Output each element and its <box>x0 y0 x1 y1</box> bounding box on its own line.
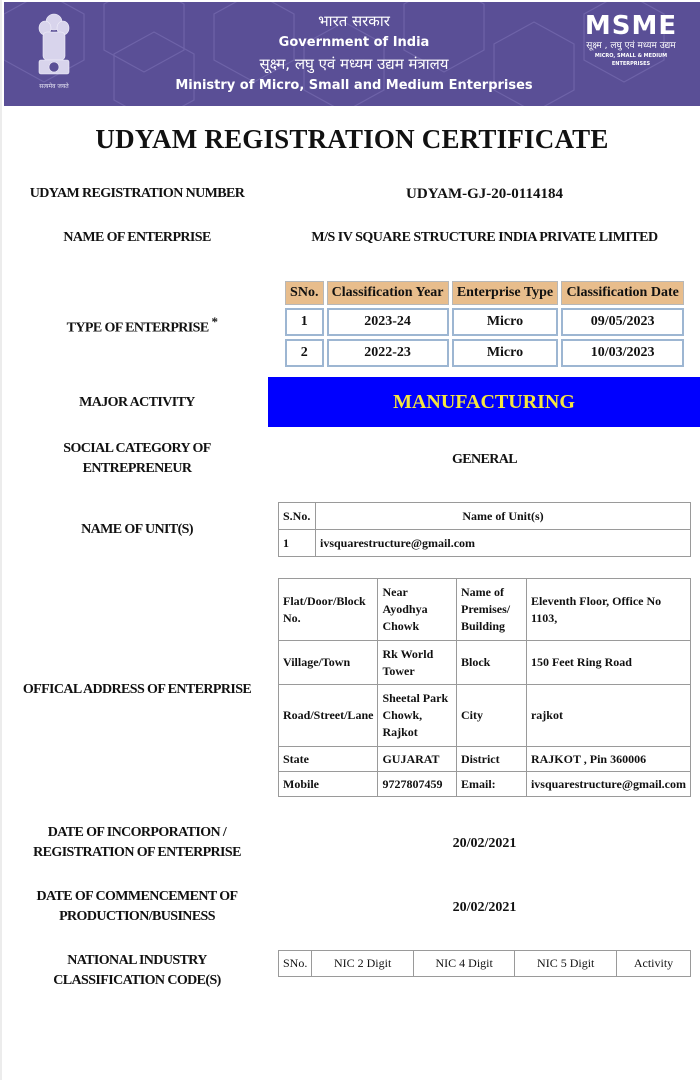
address-key: Road/Street/Lane <box>279 685 378 747</box>
government-banner: सत्यमेव जयते भारत सरकार Government of In… <box>4 2 700 106</box>
major-activity-label: MAJOR ACTIVITY <box>22 393 252 413</box>
address-table: Flat/Door/Block No. Near Ayodhya Chowk N… <box>278 578 691 797</box>
hindi-ministry-text: सूक्ष्म, लघु एवं मध्यम उद्यम मंत्रालय <box>154 53 554 75</box>
address-value: RAJKOT , Pin 360006 <box>526 747 690 772</box>
classification-table: SNo. Classification Year Enterprise Type… <box>282 278 687 370</box>
header-enterprise-type: Enterprise Type <box>452 281 559 305</box>
incorporation-label-line2: REGISTRATION OF ENTERPRISE <box>17 843 257 863</box>
address-value: GUJARAT <box>378 747 457 772</box>
table-row: 1 ivsquarestructure@gmail.com <box>279 530 691 557</box>
commencement-label-line1: DATE OF COMMENCEMENT OF <box>17 887 257 907</box>
header-classification-year: Classification Year <box>327 281 449 305</box>
cell-year: 2023-24 <box>327 308 449 336</box>
nic-label-line2: CLASSIFICATION CODE(S) <box>17 971 257 991</box>
address-value: rajkot <box>526 685 690 747</box>
msme-logo-hindi: सूक्ष्म , लघु एवं मध्यम उद्यम <box>576 40 686 52</box>
address-value: Rk World Tower <box>378 641 457 685</box>
address-key: City <box>456 685 526 747</box>
official-address-label: OFFICAL ADDRESS OF ENTERPRISE <box>12 680 262 700</box>
enterprise-name-label: NAME OF ENTERPRISE <box>22 228 252 248</box>
address-value: Eleventh Floor, Office No 1103, <box>526 579 690 641</box>
cell-sno: 1 <box>279 530 316 557</box>
table-row: Village/Town Rk World Tower Block 150 Fe… <box>279 641 691 685</box>
address-key: Name of Premises/ Building <box>456 579 526 641</box>
certificate-title: UDYAM REGISTRATION CERTIFICATE <box>2 124 700 155</box>
table-row: 1 2023-24 Micro 09/05/2023 <box>285 308 684 336</box>
certificate-page: सत्यमेव जयते भारत सरकार Government of In… <box>0 0 700 1080</box>
cell-type: Micro <box>452 339 559 367</box>
registration-number-value: UDYAM-GJ-20-0114184 <box>302 184 667 204</box>
hindi-government-text: भारत सरकार <box>154 10 554 32</box>
header-nic-5-digit: NIC 5 Digit <box>515 951 617 977</box>
header-classification-date: Classification Date <box>561 281 684 305</box>
cell-date: 10/03/2023 <box>561 339 684 367</box>
commencement-label-line2: PRODUCTION/BUSINESS <box>17 907 257 927</box>
enterprise-type-label: TYPE OF ENTERPRISE * <box>22 312 262 339</box>
enterprise-type-label-text: TYPE OF ENTERPRISE <box>67 321 209 336</box>
header-activity: Activity <box>616 951 690 977</box>
header-nic-2-digit: NIC 2 Digit <box>312 951 414 977</box>
table-row: State GUJARAT District RAJKOT , Pin 3600… <box>279 747 691 772</box>
units-table: S.No. Name of Unit(s) 1 ivsquarestructur… <box>278 502 691 557</box>
header-sno: SNo. <box>279 951 312 977</box>
cell-sno: 2 <box>285 339 324 367</box>
cell-sno: 1 <box>285 308 324 336</box>
svg-text:सत्यमेव जयते: सत्यमेव जयते <box>39 82 69 90</box>
header-unit-name: Name of Unit(s) <box>316 503 691 530</box>
table-row: Road/Street/Lane Sheetal Park Chowk, Raj… <box>279 685 691 747</box>
table-row: Flat/Door/Block No. Near Ayodhya Chowk N… <box>279 579 691 641</box>
address-value: Sheetal Park Chowk, Rajkot <box>378 685 457 747</box>
header-sno: SNo. <box>285 281 324 305</box>
address-key: Mobile <box>279 772 378 797</box>
msme-logo-mark: MSME <box>576 12 686 40</box>
address-key: Flat/Door/Block No. <box>279 579 378 641</box>
classification-header-row: SNo. Classification Year Enterprise Type… <box>285 281 684 305</box>
asterisk-mark: * <box>211 314 217 329</box>
enterprise-name-value: M/S IV SQUARE STRUCTURE INDIA PRIVATE LI… <box>282 228 687 248</box>
cell-date: 09/05/2023 <box>561 308 684 336</box>
commencement-date-label: DATE OF COMMENCEMENT OF PRODUCTION/BUSIN… <box>17 887 257 927</box>
nic-header-row: SNo. NIC 2 Digit NIC 4 Digit NIC 5 Digit… <box>279 951 691 977</box>
commencement-date-value: 20/02/2021 <box>302 898 667 918</box>
address-key: Email: <box>456 772 526 797</box>
registration-number-label: UDYAM REGISTRATION NUMBER <box>22 184 252 204</box>
table-row: 2 2022-23 Micro 10/03/2023 <box>285 339 684 367</box>
incorporation-date-label: DATE OF INCORPORATION / REGISTRATION OF … <box>17 823 257 863</box>
major-activity-value: MANUFACTURING <box>268 377 700 427</box>
national-emblem-icon: सत्यमेव जयते <box>34 12 74 94</box>
address-value: 150 Feet Ring Road <box>526 641 690 685</box>
nic-label-line1: NATIONAL INDUSTRY <box>17 951 257 971</box>
banner-text: भारत सरकार Government of India सूक्ष्म, … <box>154 10 554 97</box>
address-key: Block <box>456 641 526 685</box>
social-category-label-line2: ENTREPRENEUR <box>22 459 252 479</box>
incorporation-label-line1: DATE OF INCORPORATION / <box>17 823 257 843</box>
unit-names-label: NAME OF UNIT(S) <box>22 520 252 540</box>
cell-type: Micro <box>452 308 559 336</box>
social-category-label: SOCIAL CATEGORY OF ENTREPRENEUR <box>22 439 252 479</box>
social-category-label-line1: SOCIAL CATEGORY OF <box>22 439 252 459</box>
address-key: District <box>456 747 526 772</box>
address-key: Village/Town <box>279 641 378 685</box>
address-value: ivsquarestructure@gmail.com <box>526 772 690 797</box>
government-text: Government of India <box>154 32 554 53</box>
units-header-row: S.No. Name of Unit(s) <box>279 503 691 530</box>
ministry-text: Ministry of Micro, Small and Medium Ente… <box>154 75 554 97</box>
msme-logo-english: MICRO, SMALL & MEDIUM ENTERPRISES <box>576 52 686 68</box>
address-value: Near Ayodhya Chowk <box>378 579 457 641</box>
cell-unit-name: ivsquarestructure@gmail.com <box>316 530 691 557</box>
header-sno: S.No. <box>279 503 316 530</box>
address-value: 9727807459 <box>378 772 457 797</box>
msme-logo: MSME सूक्ष्म , लघु एवं मध्यम उद्यम MICRO… <box>576 12 686 68</box>
header-nic-4-digit: NIC 4 Digit <box>413 951 515 977</box>
social-category-value: GENERAL <box>302 450 667 470</box>
nic-table: SNo. NIC 2 Digit NIC 4 Digit NIC 5 Digit… <box>278 950 691 977</box>
cell-year: 2022-23 <box>327 339 449 367</box>
table-row: Mobile 9727807459 Email: ivsquarestructu… <box>279 772 691 797</box>
nic-label: NATIONAL INDUSTRY CLASSIFICATION CODE(S) <box>17 951 257 991</box>
address-key: State <box>279 747 378 772</box>
incorporation-date-value: 20/02/2021 <box>302 834 667 854</box>
